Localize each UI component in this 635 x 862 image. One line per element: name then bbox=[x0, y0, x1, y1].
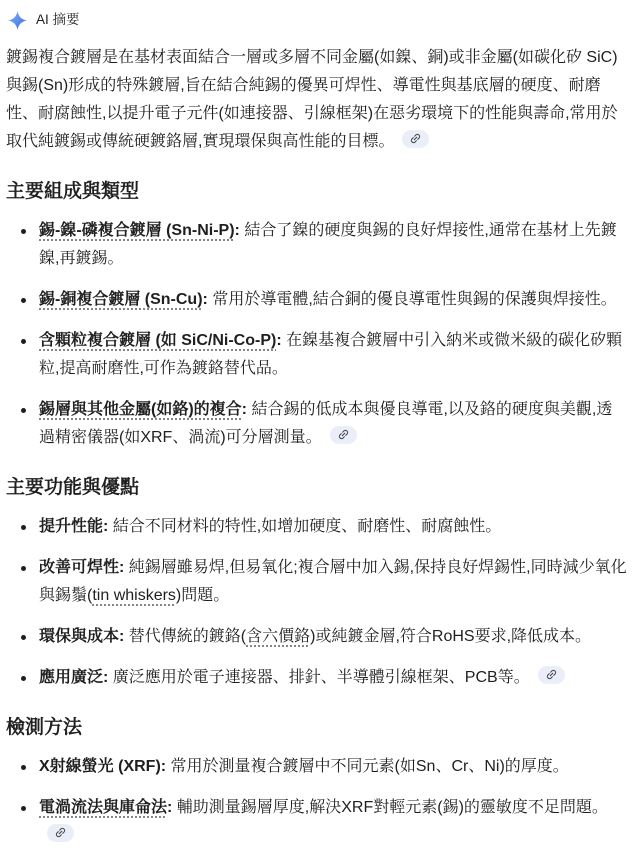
bullet-lead: X射線螢光 (XRF): bbox=[39, 758, 166, 775]
bullet-body-text: 替代傳統的鍍鉻( bbox=[124, 628, 246, 645]
bullet-item: 提升性能: 結合不同材料的特性,如增加硬度、耐磨性、耐腐蝕性。 bbox=[39, 513, 628, 541]
bullet-lead: 應用廣泛: bbox=[39, 669, 108, 686]
intro-paragraph: 鍍錫複合鍍層是在基材表面結合一層或多層不同金屬(如鎳、銅)或非金屬(如碳化矽 S… bbox=[6, 44, 628, 156]
bullet-item: X射線螢光 (XRF): 常用於測量複合鍍層中不同元素(如Sn、Cr、Ni)的厚… bbox=[39, 753, 628, 781]
linked-term[interactable]: tin whiskers bbox=[92, 587, 176, 604]
link-icon bbox=[54, 826, 67, 839]
bullet-lead: 錫-鎳-磷複合鍍層 (Sn-Ni-P): bbox=[39, 222, 240, 239]
citation-link-chip[interactable] bbox=[47, 824, 74, 842]
bullet-lead-text: 環保與成本 bbox=[39, 628, 119, 645]
sections-container: 主要組成與類型錫-鎳-磷複合鍍層 (Sn-Ni-P): 結合了鎳的硬度與錫的良好… bbox=[6, 181, 628, 850]
bullet-item: 改善可焊性: 純錫層雖易焊,但易氧化;複合層中加入錫,保持良好焊錫性,同時減少氧… bbox=[39, 554, 628, 610]
bullet-body-text: 常用於測量複合鍍層中不同元素(如Sn、Cr、Ni)的厚度。 bbox=[166, 758, 569, 775]
section-bullet-list: 提升性能: 結合不同材料的特性,如增加硬度、耐磨性、耐腐蝕性。改善可焊性: 純錫… bbox=[6, 513, 628, 692]
section-title: 檢測方法 bbox=[6, 717, 628, 739]
section-bullet-list: X射線螢光 (XRF): 常用於測量複合鍍層中不同元素(如Sn、Cr、Ni)的厚… bbox=[6, 753, 628, 850]
bullet-item: 含顆粒複合鍍層 (如 SiC/Ni-Co-P): 在鎳基複合鍍層中引入納米或微米… bbox=[39, 327, 628, 383]
section-title: 主要組成與類型 bbox=[6, 181, 628, 203]
bullet-body-text: 結合不同材料的特性,如增加硬度、耐磨性、耐腐蝕性。 bbox=[108, 518, 501, 535]
section-bullet-list: 錫-鎳-磷複合鍍層 (Sn-Ni-P): 結合了鎳的硬度與錫的良好焊接性,通常在… bbox=[6, 217, 628, 452]
bullet-lead-text: 應用廣泛 bbox=[39, 669, 103, 686]
bullet-item: 電渦流法與庫侖法: 輔助測量錫層厚度,解決XRF對輕元素(錫)的靈敏度不足問題。 bbox=[39, 794, 628, 850]
bullet-body-text: 輔助測量錫層厚度,解決XRF對輕元素(錫)的靈敏度不足問題。 bbox=[172, 799, 608, 816]
citation-link-chip[interactable] bbox=[330, 426, 357, 444]
bullet-body-text: 廣泛應用於電子連接器、排針、半導體引線框架、PCB等。 bbox=[108, 669, 529, 686]
bullet-item: 錫層與其他金屬(如鉻)的複合: 結合錫的低成本與優良導電,以及鉻的硬度與美觀,透… bbox=[39, 396, 628, 452]
bullet-lead-text: 提升性能 bbox=[39, 518, 103, 535]
intro-text: 鍍錫複合鍍層是在基材表面結合一層或多層不同金屬(如鎳、銅)或非金屬(如碳化矽 S… bbox=[6, 49, 618, 150]
linked-term[interactable]: 錫-鎳-磷複合鍍層 (Sn-Ni-P) bbox=[39, 222, 235, 239]
bullet-lead: 改善可焊性: bbox=[39, 559, 124, 576]
bullet-lead: 含顆粒複合鍍層 (如 SiC/Ni-Co-P): bbox=[39, 332, 282, 349]
bullet-body-text: 常用於導電體,結合銅的優良導電性與錫的保護與焊接性。 bbox=[208, 291, 617, 308]
citation-link-chip[interactable] bbox=[538, 666, 565, 684]
link-icon bbox=[409, 132, 422, 145]
bullet-body-text: )或純鍍金層,符合RoHS要求,降低成本。 bbox=[310, 628, 591, 645]
linked-term[interactable]: 電渦流法與庫侖法 bbox=[39, 799, 167, 816]
ai-overview-panel: AI 摘要 鍍錫複合鍍層是在基材表面結合一層或多層不同金屬(如鎳、銅)或非金屬(… bbox=[0, 0, 635, 862]
bullet-lead: 環保與成本: bbox=[39, 628, 124, 645]
gemini-sparkle-icon bbox=[8, 11, 27, 30]
citation-link-chip[interactable] bbox=[402, 130, 429, 148]
bullet-item: 應用廣泛: 廣泛應用於電子連接器、排針、半導體引線框架、PCB等。 bbox=[39, 664, 628, 692]
bullet-lead: 錫層與其他金屬(如鉻)的複合: bbox=[39, 401, 247, 418]
bullet-item: 錫-銅複合鍍層 (Sn-Cu): 常用於導電體,結合銅的優良導電性與錫的保護與焊… bbox=[39, 286, 628, 314]
bullet-lead: 電渦流法與庫侖法: bbox=[39, 799, 172, 816]
link-icon bbox=[545, 668, 558, 681]
ai-overview-header: AI 摘要 bbox=[6, 8, 628, 30]
bullet-item: 錫-鎳-磷複合鍍層 (Sn-Ni-P): 結合了鎳的硬度與錫的良好焊接性,通常在… bbox=[39, 217, 628, 273]
section-title: 主要功能與優點 bbox=[6, 477, 628, 499]
bullet-item: 環保與成本: 替代傳統的鍍鉻(含六價鉻)或純鍍金層,符合RoHS要求,降低成本。 bbox=[39, 623, 628, 651]
ai-overview-label: AI 摘要 bbox=[36, 10, 80, 30]
bullet-lead: 提升性能: bbox=[39, 518, 108, 535]
linked-term[interactable]: 含顆粒複合鍍層 (如 SiC/Ni-Co-P) bbox=[39, 332, 276, 349]
bullet-body-text: )問題。 bbox=[176, 587, 229, 604]
bullet-lead: 錫-銅複合鍍層 (Sn-Cu): bbox=[39, 291, 208, 308]
linked-term[interactable]: 錫層與其他金屬(如鉻)的複合 bbox=[39, 401, 242, 418]
bullet-lead-text: X射線螢光 (XRF) bbox=[39, 758, 161, 775]
link-icon bbox=[337, 428, 350, 441]
linked-term[interactable]: 錫-銅複合鍍層 (Sn-Cu) bbox=[39, 291, 203, 308]
bullet-lead-text: 改善可焊性 bbox=[39, 559, 119, 576]
linked-term[interactable]: 含六價鉻 bbox=[246, 628, 310, 645]
